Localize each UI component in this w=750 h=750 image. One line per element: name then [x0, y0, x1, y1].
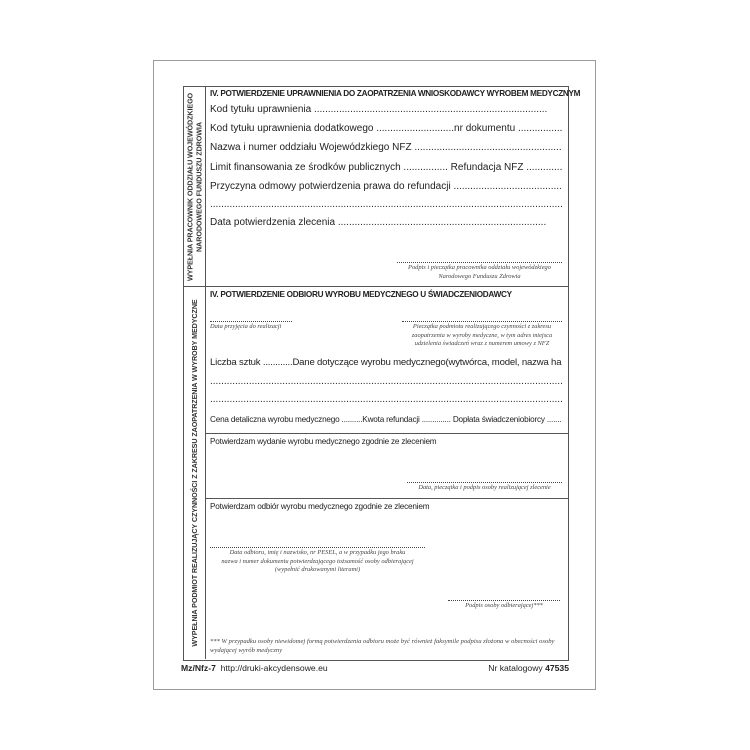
catalog-number: 47535 — [545, 663, 569, 673]
provider-stamp-caption-1: Pieczątka podmiotu realizującego czynnoś… — [402, 323, 562, 332]
nfz-signature-caption-2: Narodowego Funduszu Zdrowia — [397, 273, 562, 282]
section-pickup-confirmation: Potwierdzam odbiór wyrobu medycznego zgo… — [206, 499, 568, 659]
footer-left: Mz/Nfz-7 http://druki-akcydensowe.eu — [181, 663, 328, 673]
nfz-signature-caption-1: Podpis i pieczątka pracownika oddziału w… — [397, 264, 562, 273]
side-label-provider: WYPEŁNIA PODMIOT REALIZUJĄCY CZYNNOŚCI Z… — [184, 287, 206, 659]
provider-stamp-caption-2: zaopatrzenia w wyroby medyczne, w tym ad… — [402, 332, 562, 341]
footnote: *** W przypadku osoby niewidomej formą p… — [210, 637, 562, 655]
side-label-provider-text: WYPEŁNIA PODMIOT REALIZUJĄCY CZYNNOŚCI Z… — [190, 299, 199, 646]
form-frame: WYPEŁNIA PRACOWNIK ODDZIAŁU WOJEWÓDZKIEG… — [183, 86, 569, 661]
field-additional-entitlement-code[interactable]: Kod tytułu uprawnienia dodatkowego .....… — [210, 123, 562, 134]
issuer-signature-area[interactable]: Data, pieczątka i podpis osoby realizują… — [407, 482, 562, 493]
section-2-heading: IV. POTWIERDZENIE ODBIORU WYROBU MEDYCZN… — [210, 290, 512, 299]
publisher-url[interactable]: http://druki-akcydensowe.eu — [221, 663, 328, 673]
side-label-nfz: WYPEŁNIA PRACOWNIK ODDZIAŁU WOJEWÓDZKIEG… — [184, 87, 206, 287]
pickup-confirmation-text: Potwierdzam odbiór wyrobu medycznego zgo… — [210, 502, 562, 511]
section-entitlement-confirmation: IV. POTWIERDZENIE UPRAWNIENIA DO ZAOPATR… — [206, 87, 568, 287]
footer-right: Nr katalogowy 47535 — [488, 663, 569, 673]
recipient-caption-1: Data odbioru, imię i nazwisko, nr PESEL,… — [210, 549, 425, 558]
field-confirmation-date[interactable]: Data potwierdzenia zlecenia ............… — [210, 217, 562, 228]
field-refusal-reason-continued[interactable]: ........................................… — [210, 199, 562, 210]
field-price-refund-copay[interactable]: Cena detaliczna wyrobu medycznego ......… — [210, 415, 562, 424]
acceptance-date-caption: Data przyjęcia do realizacji — [210, 323, 292, 332]
section-issue-confirmation: Potwierdzam wydanie wyrobu medycznego zg… — [206, 434, 568, 499]
field-nfz-branch[interactable]: Nazwa i numer oddziału Wojewódzkiego NFZ… — [210, 142, 562, 153]
side-label-nfz-line-2: NARODOWEGO FUNDUSZU ZDROWIA — [195, 92, 204, 280]
catalog-label: Nr katalogowy — [488, 663, 542, 673]
provider-stamp-caption-3: udzielenia świadczeń wraz z numerem umow… — [402, 340, 562, 349]
acceptance-date-area[interactable]: Data przyjęcia do realizacji — [210, 321, 292, 332]
field-funding-limit[interactable]: Limit finansowania ze środków publicznyc… — [210, 162, 562, 173]
recipient-caption-3: (wypełnić drukowanymi literami) — [210, 566, 425, 575]
nfz-signature-area[interactable]: Podpis i pieczątka pracownika oddziału w… — [397, 262, 562, 281]
side-label-nfz-line-1: WYPEŁNIA PRACOWNIK ODDZIAŁU WOJEWÓDZKIEG… — [186, 92, 195, 280]
field-device-data-line-2[interactable]: ........................................… — [210, 394, 562, 405]
recipient-signature-caption: Podpis osoby odbierającej*** — [448, 602, 560, 611]
recipient-signature-area[interactable]: Podpis osoby odbierającej*** — [448, 600, 560, 611]
field-quantity-device-data[interactable]: Liczba sztuk ............Dane dotyczące … — [210, 357, 562, 368]
issue-confirmation-text: Potwierdzam wydanie wyrobu medycznego zg… — [210, 437, 562, 446]
form-code: Mz/Nfz-7 — [181, 663, 216, 673]
issuer-signature-caption: Data, pieczątka i podpis osoby realizują… — [407, 484, 562, 493]
field-refusal-reason[interactable]: Przyczyna odmowy potwierdzenia prawa do … — [210, 181, 562, 192]
field-device-data-line-1[interactable]: ........................................… — [210, 376, 562, 387]
recipient-caption-2: nazwa i numer dokumentu potwierdzającego… — [210, 558, 425, 567]
section-1-heading: IV. POTWIERDZENIE UPRAWNIENIA DO ZAOPATR… — [210, 89, 580, 98]
section-receipt-confirmation: IV. POTWIERDZENIE ODBIORU WYROBU MEDYCZN… — [206, 287, 568, 434]
provider-stamp-area[interactable]: Pieczątka podmiotu realizującego czynnoś… — [402, 321, 562, 349]
recipient-data-area[interactable]: Data odbioru, imię i nazwisko, nr PESEL,… — [210, 547, 425, 575]
field-entitlement-code[interactable]: Kod tytułu uprawnienia .................… — [210, 104, 562, 115]
